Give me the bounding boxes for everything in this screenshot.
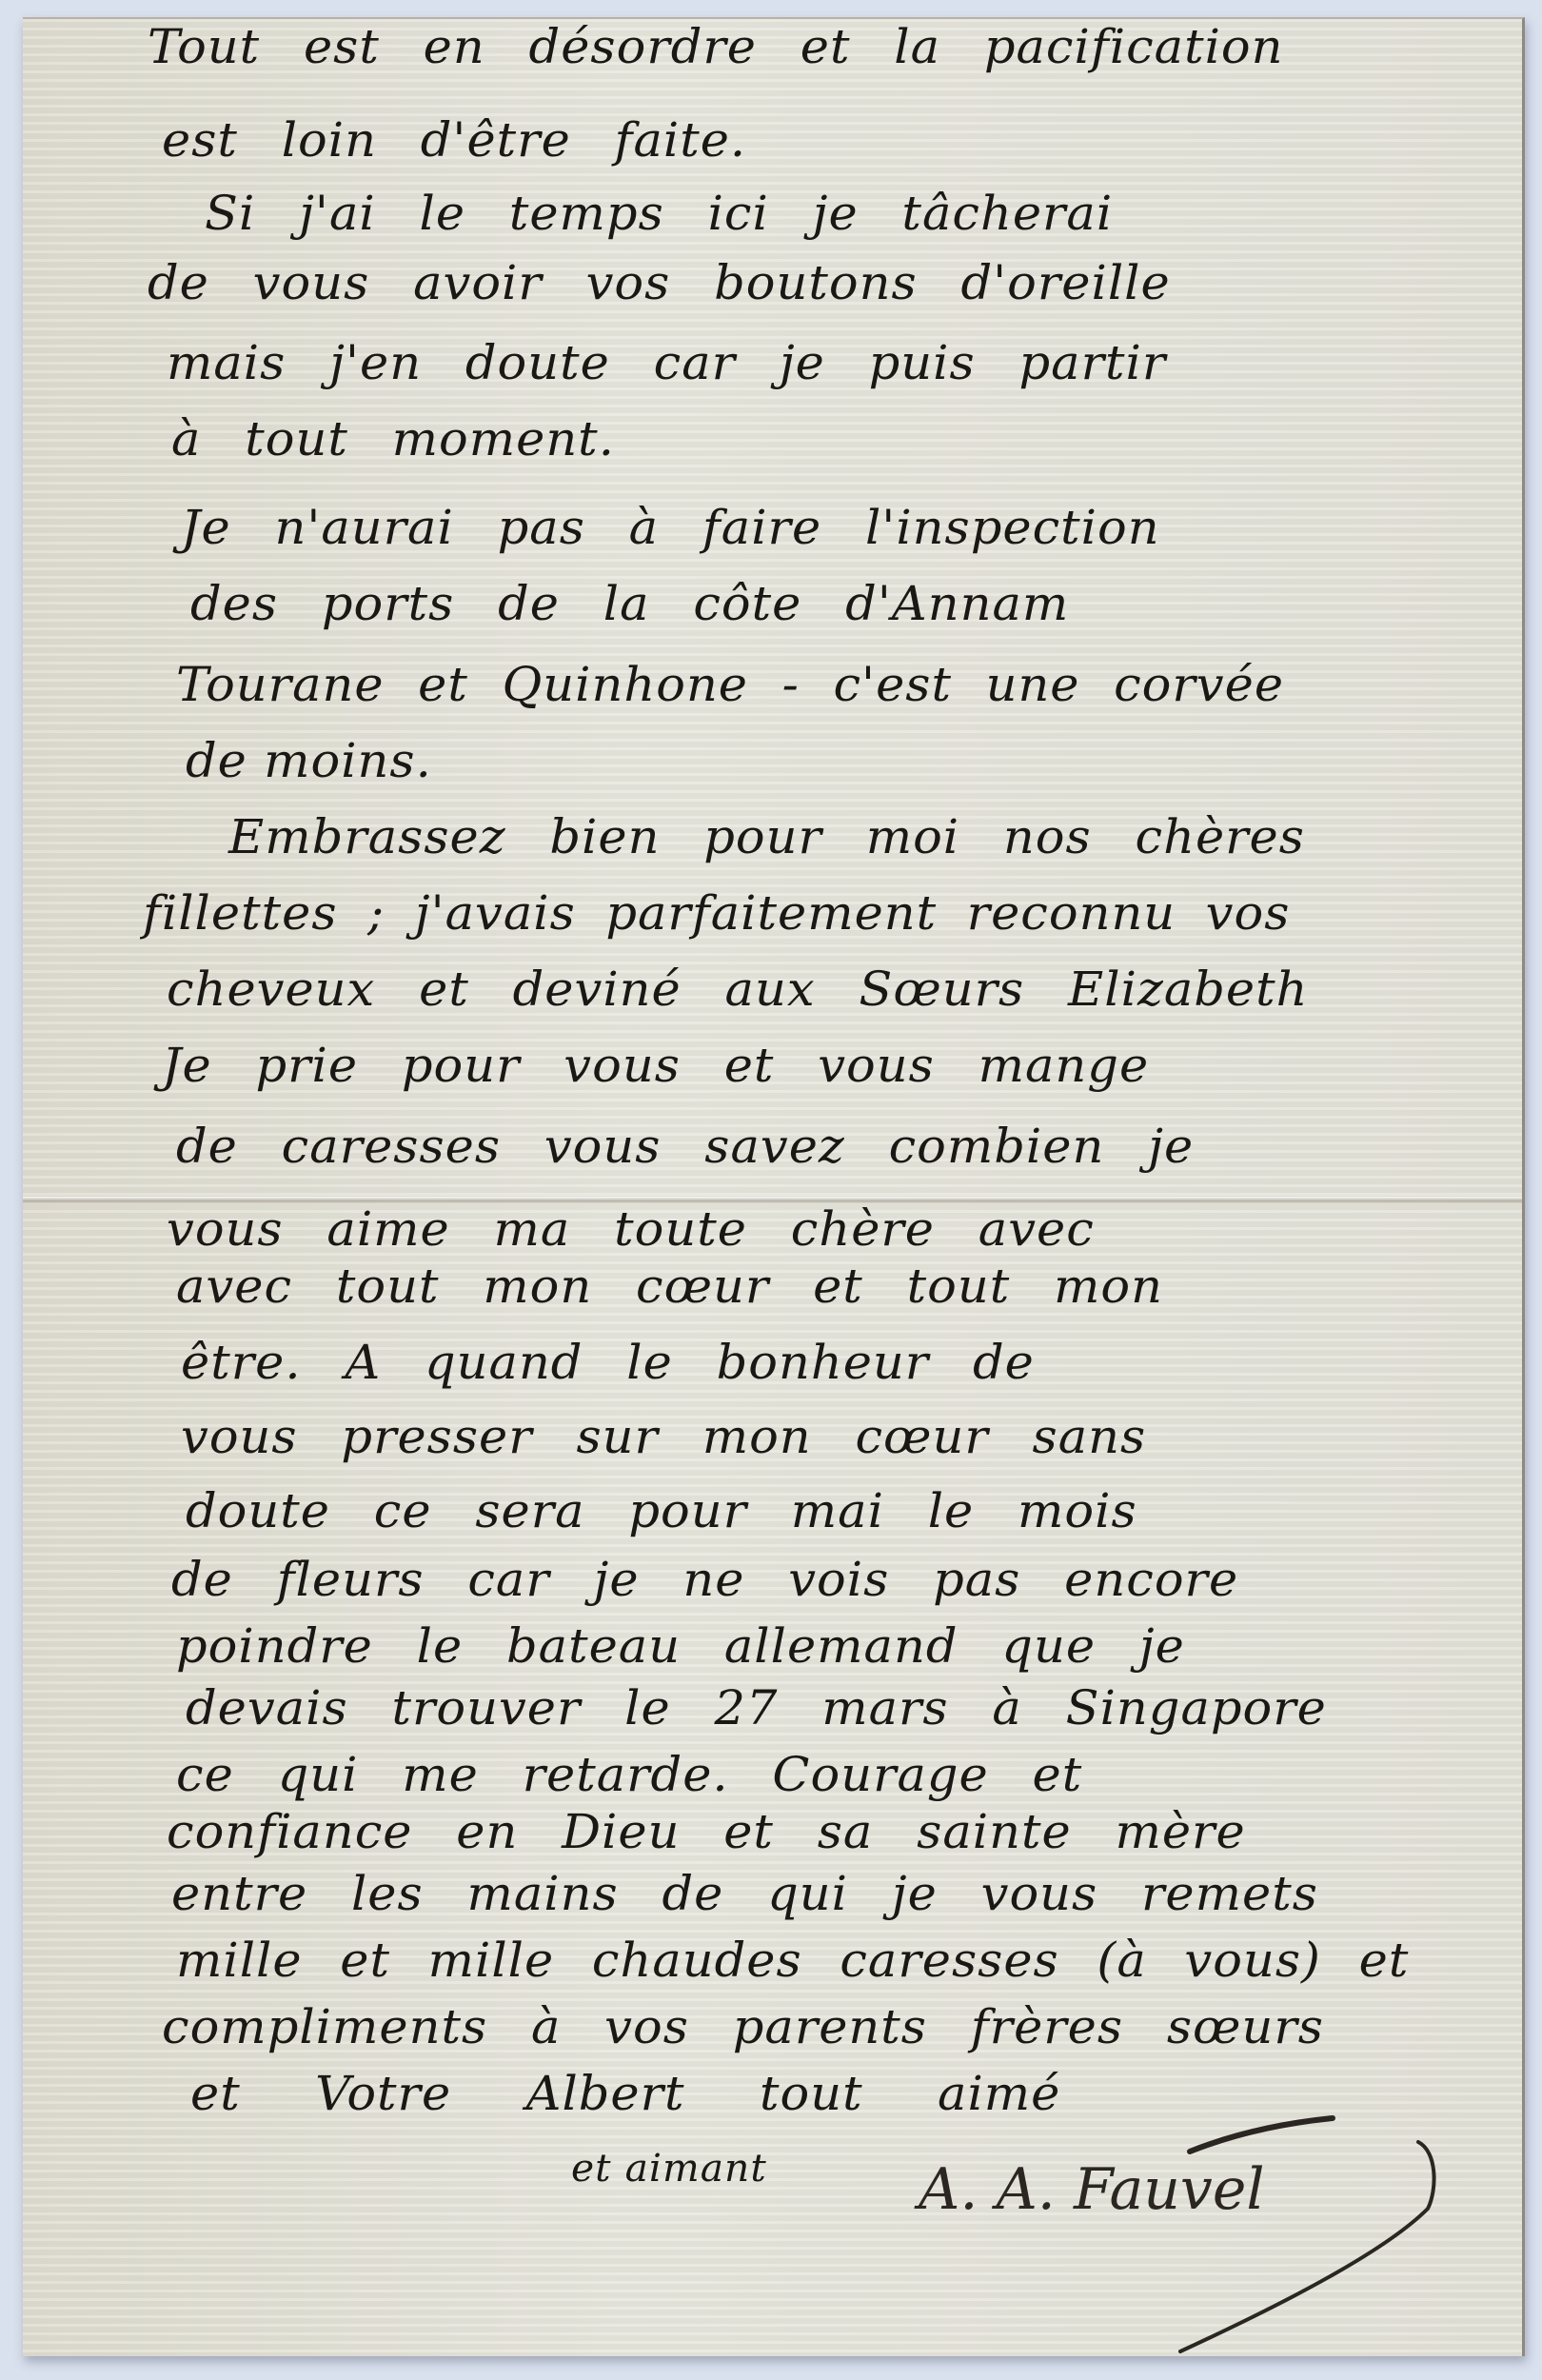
letter-line-20: doute ce sera pour mai le mois [186, 1483, 1137, 1538]
letter-line-8: des ports de la côte d'Annam [190, 576, 1069, 631]
letter-line-28: compliments à vos parents frères sœurs [162, 1999, 1324, 2054]
letter-line-14: Je prie pour vous et vous mange [162, 1038, 1149, 1093]
letter-line-15: de caresses vous savez combien je [176, 1119, 1194, 1174]
signature-flourish-icon [1152, 2113, 1466, 2361]
letter-line-24: ce qui me retarde. Courage et [176, 1747, 1082, 1802]
letter-line-9: Tourane et Quinhone - c'est une corvée [176, 657, 1284, 712]
letter-line-13: cheveux et deviné aux Sœurs Elizabeth [167, 962, 1309, 1017]
letter-line-30: et aimant [571, 2147, 767, 2191]
letter-line-10: de moins. [186, 733, 432, 788]
letter-line-3: Si j'ai le temps ici je tâcherai [205, 186, 1113, 241]
letter-line-19: vous presser sur mon cœur sans [181, 1409, 1146, 1464]
letter-line-2: est loin d'être faite. [162, 112, 746, 168]
letter-line-11: Embrassez bien pour moi nos chères [228, 809, 1305, 864]
letter-line-7: Je n'aurai pas à faire l'inspection [181, 500, 1160, 555]
letter-line-29: et Votre Albert tout aimé [190, 2066, 1060, 2121]
letter-line-25: confiance en Dieu et sa sainte mère [167, 1804, 1246, 1859]
letter-line-6: à tout moment. [171, 411, 615, 466]
letter-line-21: de fleurs car je ne vois pas encore [171, 1552, 1238, 1607]
letter-line-4: de vous avoir vos boutons d'oreille [148, 255, 1171, 310]
letter-line-23: devais trouver le 27 mars à Singapore [186, 1680, 1327, 1735]
letter-line-17: avec tout mon cœur et tout mon [176, 1259, 1163, 1314]
letter-line-12: fillettes ; j'avais parfaitement reconnu… [143, 885, 1290, 941]
letter-line-5: mais j'en doute car je puis partir [167, 335, 1166, 390]
letter-line-22: poindre le bateau allemand que je [176, 1618, 1185, 1674]
letter-line-27: mille et mille chaudes caresses (à vous)… [176, 1933, 1409, 1988]
letter-line-18: être. A quand le bonheur de [181, 1335, 1035, 1390]
letter-line-16: vous aime ma toute chère avec [167, 1201, 1095, 1257]
letter-line-1: Tout est en désordre et la pacification [148, 19, 1284, 74]
letter-line-26: entre les mains de qui je vous remets [171, 1866, 1318, 1921]
